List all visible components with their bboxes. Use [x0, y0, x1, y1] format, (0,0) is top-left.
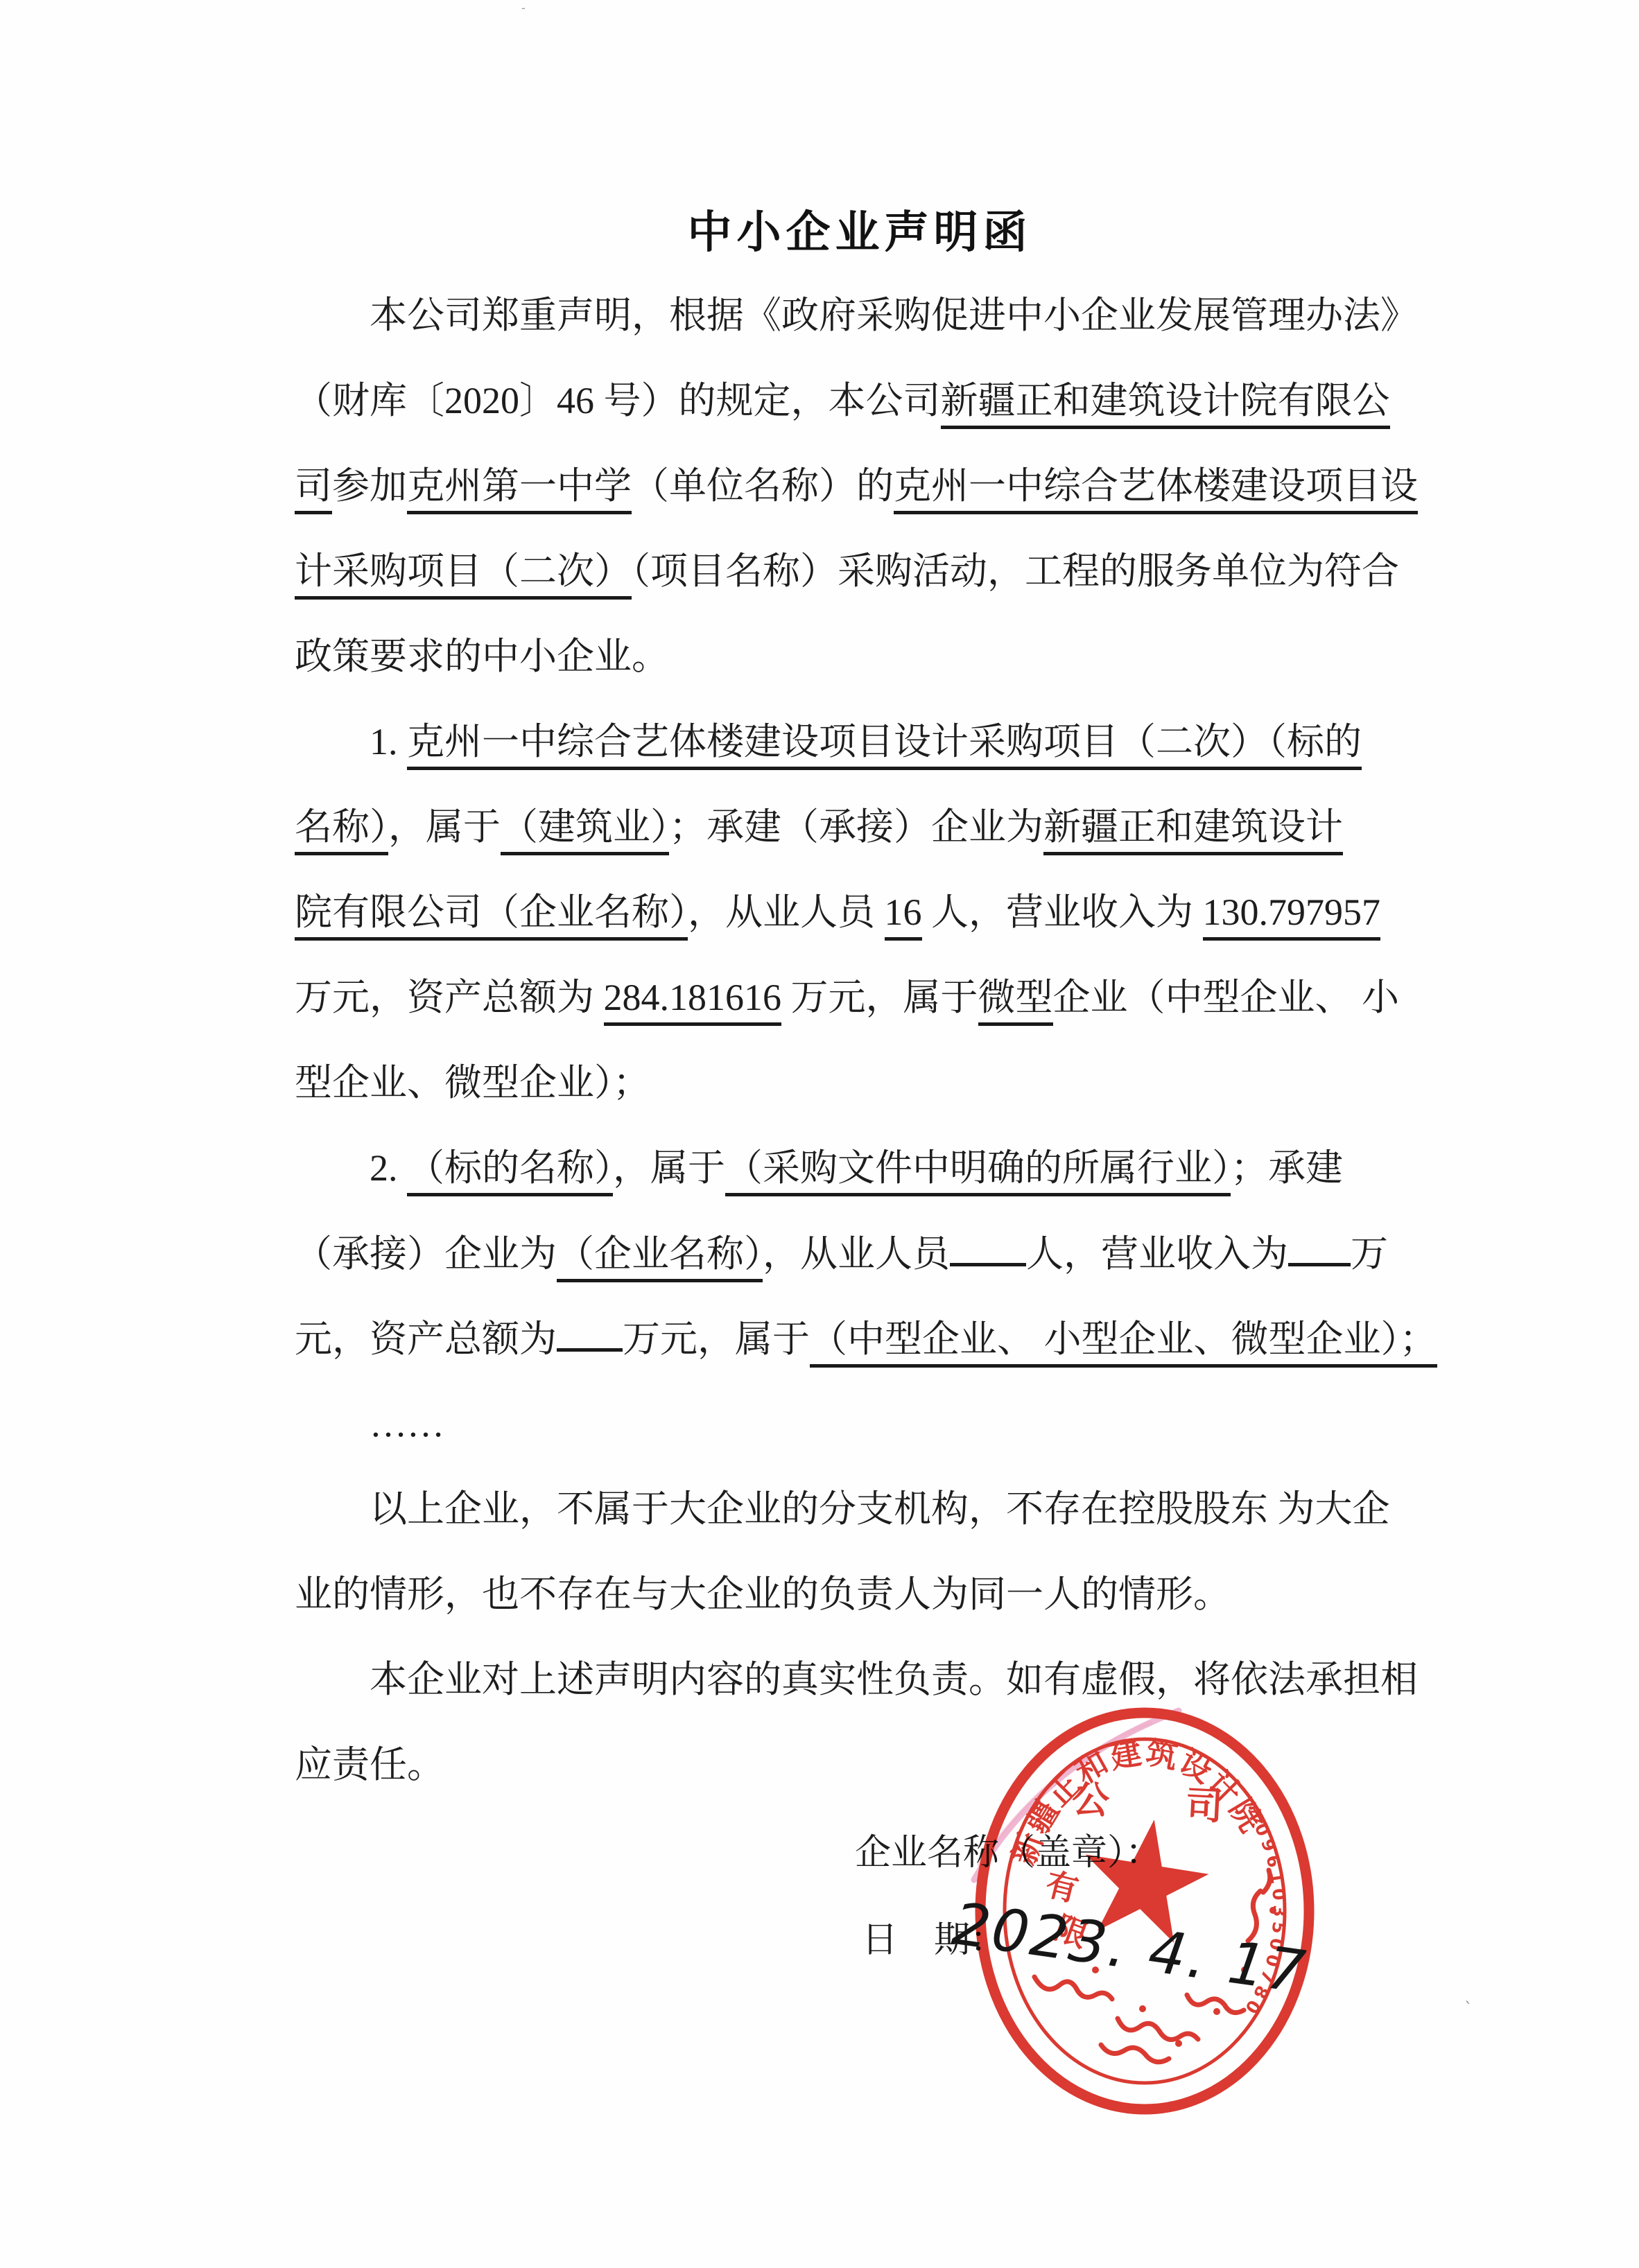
text-segment: 人，营业收入为: [1026, 1233, 1288, 1275]
underlined-text: 名称）: [295, 806, 388, 855]
text-segment: （财库〔2020〕46 号）的规定，本公司: [295, 380, 941, 421]
underlined-text: 284.181616: [604, 977, 782, 1026]
underlined-text: （企业名称）: [557, 1233, 763, 1282]
text-line: ……: [295, 1399, 1520, 1449]
blank-field: [950, 1228, 1026, 1266]
text-line: 院有限公司（企业名称），从业人员 16 人，营业收入为 130.797957: [295, 887, 1446, 937]
blank-field: [1288, 1228, 1351, 1266]
text-line: 型企业、微型企业）；: [295, 1058, 1446, 1108]
text-segment: 万: [1351, 1233, 1388, 1275]
underlined-text: （采购文件中明确的所属行业）: [725, 1147, 1231, 1196]
text-segment: 人，营业收入为: [922, 891, 1203, 933]
text-line: 元，资产总额为万元，属于（中型企业、 小型企业、微型企业）；: [295, 1314, 1446, 1363]
text-segment: 万元，属于: [623, 1318, 810, 1360]
text-line: 名称），属于（建筑业）；承建（承接）企业为新疆正和建筑设计: [295, 802, 1446, 852]
text-segment: ……: [370, 1403, 444, 1445]
underlined-text: 130.797957: [1203, 891, 1381, 941]
text-line: 2. （标的名称），属于（采购文件中明确的所属行业）；承建: [295, 1143, 1520, 1193]
text-line: 以上企业，不属于大企业的分支机构，不存在控股股东 为大企: [295, 1484, 1520, 1534]
text-segment: ，属于: [613, 1147, 725, 1189]
underlined-text: （中型企业、 小型企业、微型企业）；: [810, 1318, 1437, 1368]
text-segment: 业的情形，也不存在与大企业的负责人为同一人的情形。: [295, 1573, 1231, 1615]
text-line: 万元，资产总额为 284.181616 万元，属于微型企业（中型企业、 小: [295, 972, 1446, 1022]
text-segment: 万元，属于: [781, 977, 978, 1018]
blank-field: [557, 1314, 623, 1352]
underlined-text: 克州第一中学: [407, 465, 632, 514]
scan-speck: `: [1464, 1999, 1473, 2018]
text-segment: ，从业人员: [763, 1233, 950, 1275]
text-segment: 本公司郑重声明，根据《政府采购促进中小企业发展管理办法》: [370, 295, 1418, 336]
text-segment: 以上企业，不属于大企业的分支机构，不存在控股股东 为大企: [370, 1488, 1390, 1530]
text-segment: ；承建（承接）企业为: [669, 806, 1043, 848]
text-segment: 万元，资产总额为: [295, 977, 604, 1018]
text-segment: 政策要求的中小企业。: [295, 636, 669, 677]
text-segment: 元，资产总额为: [295, 1318, 557, 1360]
underlined-text: 司: [295, 465, 332, 514]
text-segment: 型企业、微型企业）；: [295, 1062, 650, 1104]
text-segment: 企业（中型企业、 小: [1053, 977, 1400, 1018]
declaration-document: 中小企业声明函 本公司郑重声明，根据《政府采购促进中小企业发展管理办法》（财库〔…: [0, 0, 1639, 2268]
text-line: 1. 克州一中综合艺体楼建设项目设计采购项目（二次）（标的: [295, 717, 1520, 767]
text-segment: （项目名称）采购活动，工程的服务单位为符合: [632, 550, 1399, 592]
underlined-text: 16: [885, 891, 922, 941]
underlined-text: 新疆正和建筑设计院有限公: [941, 380, 1390, 429]
text-segment: （承接）企业为: [295, 1233, 557, 1275]
underlined-text: 克州一中综合艺体楼建设项目设计采购项目（二次）（标的: [407, 721, 1362, 770]
underlined-text: 微型: [978, 977, 1053, 1026]
underlined-text: 克州一中综合艺体楼建设项目设: [894, 465, 1418, 514]
document-title: 中小企业声明函: [295, 197, 1425, 255]
text-line: （财库〔2020〕46 号）的规定，本公司新疆正和建筑设计院有限公: [295, 376, 1446, 426]
underlined-text: 新疆正和建筑设计: [1043, 806, 1343, 855]
text-segment: 1.: [370, 721, 407, 762]
text-line: 司参加克州第一中学（单位名称）的克州一中综合艺体楼建设项目设: [295, 461, 1446, 511]
text-segment: 应责任。: [295, 1744, 444, 1786]
underlined-text: （建筑业）: [501, 806, 669, 855]
text-segment: （单位名称）的: [632, 465, 894, 507]
underlined-text: 计采购项目（二次）: [295, 550, 632, 600]
underlined-text: （标的名称）: [407, 1147, 613, 1196]
text-segment: 参加: [332, 465, 407, 507]
scan-speck: -: [521, 1, 526, 15]
text-segment: 2.: [370, 1147, 407, 1189]
underlined-text: 院有限公司（企业名称）: [295, 891, 688, 941]
text-segment: ，属于: [388, 806, 501, 848]
text-line: 本公司郑重声明，根据《政府采购促进中小企业发展管理办法》: [295, 290, 1520, 340]
text-segment: ，从业人员: [688, 891, 885, 933]
text-line: 计采购项目（二次）（项目名称）采购活动，工程的服务单位为符合: [295, 546, 1446, 596]
text-line: （承接）企业为（企业名称），从业人员人，营业收入为万: [295, 1228, 1446, 1278]
text-line: 政策要求的中小企业。: [295, 631, 1446, 681]
text-line: 业的情形，也不存在与大企业的负责人为同一人的情形。: [295, 1569, 1446, 1619]
text-segment: ；承建: [1231, 1147, 1343, 1189]
